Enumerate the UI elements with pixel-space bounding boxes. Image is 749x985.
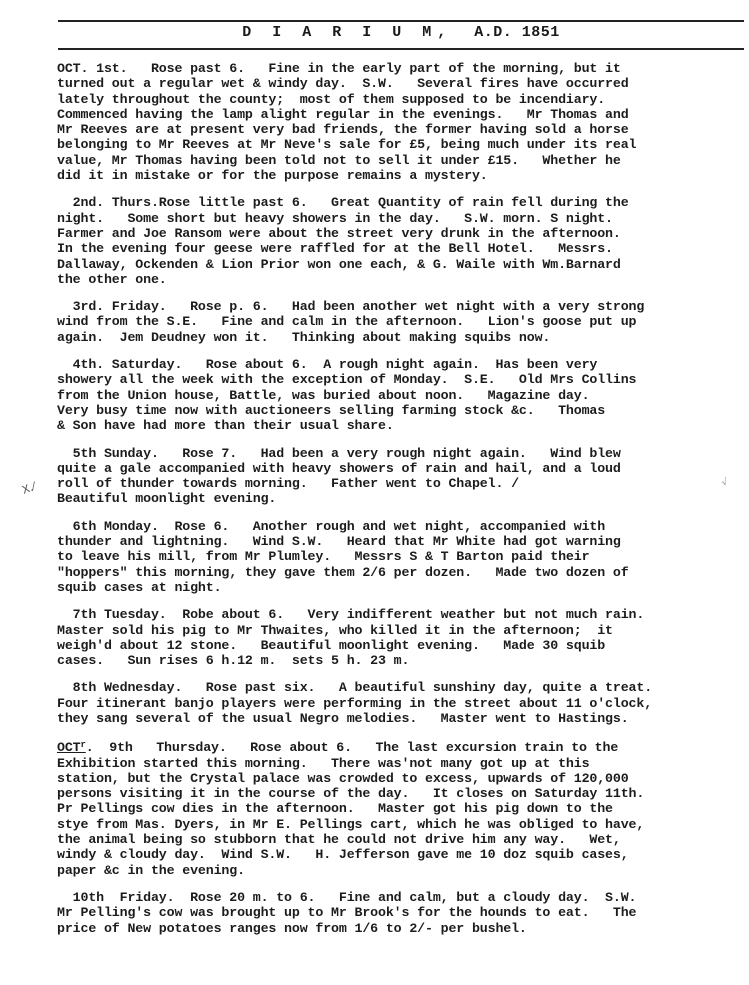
entry-line: weigh'd about 12 stone. Beautiful moonli… [57,638,747,653]
entry-line: Master sold his pig to Mr Thwaites, who … [57,623,747,638]
entry-line: roll of thunder towards morning. Father … [57,476,747,491]
diary-entry-oct-10: 10th Friday. Rose 20 m. to 6. Fine and c… [57,890,747,936]
diary-entry-oct-1: OCT. 1st. Rose past 6. Fine in the early… [57,61,747,183]
entry-line: 2nd. Thurs.Rose little past 6. Great Qua… [57,195,747,210]
entry-line: showery all the week with the exception … [57,372,747,387]
entry-line: to leave his mill, from Mr Plumley. Mess… [57,549,747,564]
entry-line: again. Jem Deudney won it. Thinking abou… [57,330,747,345]
entry-line: 4th. Saturday. Rose about 6. A rough nig… [57,357,747,372]
entry-line: paper &c in the evening. [57,863,747,878]
entry-line-first: OCTr. 9th Thursday. Rose about 6. The la… [57,738,747,755]
entry-line-rest: . 9th Thursday. Rose about 6. The last e… [86,740,618,755]
entry-line: thunder and lightning. Wind S.W. Heard t… [57,534,747,549]
diary-entry-oct-3: 3rd. Friday. Rose p. 6. Had been another… [57,299,747,345]
entry-line: 6th Monday. Rose 6. Another rough and we… [57,519,747,534]
entry-line: persons visiting it in the course of the… [57,786,747,801]
header-rule-bottom [58,48,744,50]
entry-line: "hoppers" this morning, they gave them 2… [57,565,747,580]
diary-entry-oct-7: 7th Tuesday. Robe about 6. Very indiffer… [57,607,747,668]
oct-abbreviation: OCTr [57,740,86,755]
page-header: D I A R I U M,A.D. 1851 [58,24,744,41]
entry-line: Beautiful moonlight evening. [57,491,747,506]
entry-line: & Son have had more than their usual sha… [57,418,747,433]
diary-entry-oct-4: 4th. Saturday. Rose about 6. A rough nig… [57,357,747,433]
entry-line: price of New potatoes ranges now from 1/… [57,921,747,936]
entry-line: Four itinerant banjo players were perfor… [57,696,747,711]
diary-entry-oct-8: 8th Wednesday. Rose past six. A beautifu… [57,680,747,726]
diary-entry-oct-5: 5th Sunday. Rose 7. Had been a very roug… [57,446,747,507]
entry-line: Farmer and Joe Ransom were about the str… [57,226,747,241]
entry-line: Exhibition started this morning. There w… [57,756,747,771]
entry-line: wind from the S.E. Fine and calm in the … [57,314,747,329]
diary-title: D I A R I U M, [242,24,452,41]
entry-line: 10th Friday. Rose 20 m. to 6. Fine and c… [57,890,747,905]
header-rule-top [58,20,744,22]
entry-line: stye from Mas. Dyers, in Mr E. Pellings … [57,817,747,832]
diary-entry-oct-2: 2nd. Thurs.Rose little past 6. Great Qua… [57,195,747,287]
entry-line: Pr Pellings cow dies in the afternoon. M… [57,801,747,816]
entry-line: 5th Sunday. Rose 7. Had been a very roug… [57,446,747,461]
entry-line: 7th Tuesday. Robe about 6. Very indiffer… [57,607,747,622]
entry-line: Mr Pelling's cow was brought up to Mr Br… [57,905,747,920]
entry-line: quite a gale accompanied with heavy show… [57,461,747,476]
entry-line: they sang several of the usual Negro mel… [57,711,747,726]
entry-line: station, but the Crystal palace was crow… [57,771,747,786]
entry-line: OCT. 1st. Rose past 6. Fine in the early… [57,61,747,76]
diary-entry-oct-6: 6th Monday. Rose 6. Another rough and we… [57,519,747,595]
entry-line: windy & cloudy day. Wind S.W. H. Jeffers… [57,847,747,862]
entry-line: cases. Sun rises 6 h.12 m. sets 5 h. 23 … [57,653,747,668]
diary-body: OCT. 1st. Rose past 6. Fine in the early… [57,61,747,948]
entry-line: turned out a regular wet & windy day. S.… [57,76,747,91]
entry-line: Very busy time now with auctioneers sell… [57,403,747,418]
entry-line: Commenced having the lamp alight regular… [57,107,747,122]
entry-line: belonging to Mr Reeves at Mr Neve's sale… [57,137,747,152]
entry-line: the other one. [57,272,747,287]
entry-line: In the evening four geese were raffled f… [57,241,747,256]
oct-prefix: OCT [57,740,81,755]
entry-line: the animal being so stubborn that he cou… [57,832,747,847]
entry-line: Mr Reeves are at present very bad friend… [57,122,747,137]
diary-entry-oct-9: OCTr. 9th Thursday. Rose about 6. The la… [57,738,747,878]
entry-line: lately throughout the county; most of th… [57,92,747,107]
entry-line: 3rd. Friday. Rose p. 6. Had been another… [57,299,747,314]
entry-line: Dallaway, Ockenden & Lion Prior won one … [57,257,747,272]
diary-year: A.D. 1851 [474,24,560,41]
entry-line: value, Mr Thomas having been told not to… [57,153,747,168]
entry-line: did it in mistake or for the purpose rem… [57,168,747,183]
entry-line: night. Some short but heavy showers in t… [57,211,747,226]
entry-line: squib cases at night. [57,580,747,595]
entry-line: 8th Wednesday. Rose past six. A beautifu… [57,680,747,695]
entry-line: from the Union house, Battle, was buried… [57,388,747,403]
handwritten-margin-mark: X.⁄ [20,480,37,497]
